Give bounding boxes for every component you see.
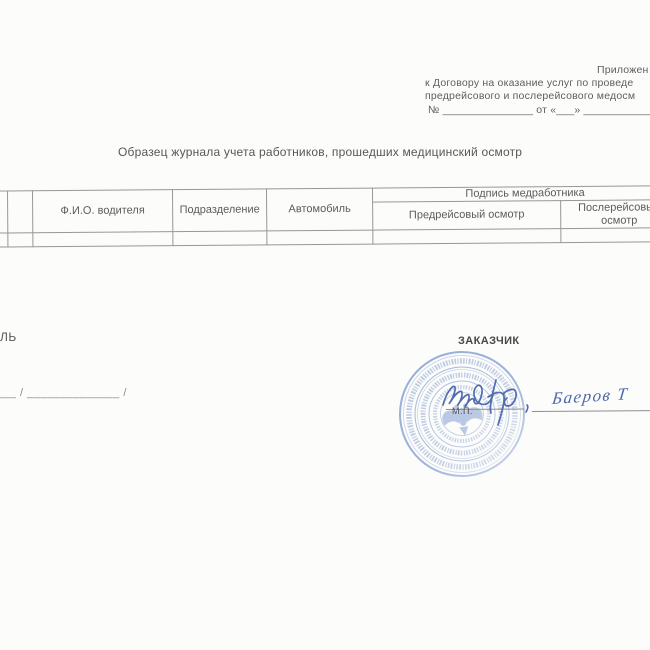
executor-signature-line: ____ / ______________ / (0, 387, 127, 399)
appendix-line-2: к Договору на оказание услуг по проведе (425, 77, 633, 89)
appendix-line-4: № _______________ от «___» ____________ … (428, 104, 650, 116)
table-header-pre-trip: Предрейсовый осмотр (373, 201, 561, 230)
handwritten-signature-flourish (443, 380, 528, 425)
table-header-unit: Подразделение (172, 189, 266, 232)
customer-label: ЗАКАЗЧИК (458, 335, 520, 347)
table-header-post-trip: Послерейсовый осмотр (561, 200, 650, 229)
page-title: Образец журнала учета работников, прошед… (118, 145, 522, 159)
appendix-line-1: Приложен (597, 64, 648, 76)
journal-table: я Ф.И.О. водителя Подразделение Автомоби… (0, 185, 650, 248)
appendix-line-3: предрейсового и послерейсового медосм (425, 90, 635, 102)
signature-underline-right (532, 411, 650, 412)
table-cell-narrow (8, 191, 33, 233)
executor-label-fragment: ЛЬ (0, 330, 17, 344)
table-header-vehicle: Автомобиль (266, 188, 372, 231)
stamp-mp-mark: М.П. (452, 406, 473, 416)
table-header-fio: Ф.И.О. водителя (33, 190, 173, 233)
scanned-document: Приложен к Договору на оказание услуг по… (0, 0, 650, 650)
